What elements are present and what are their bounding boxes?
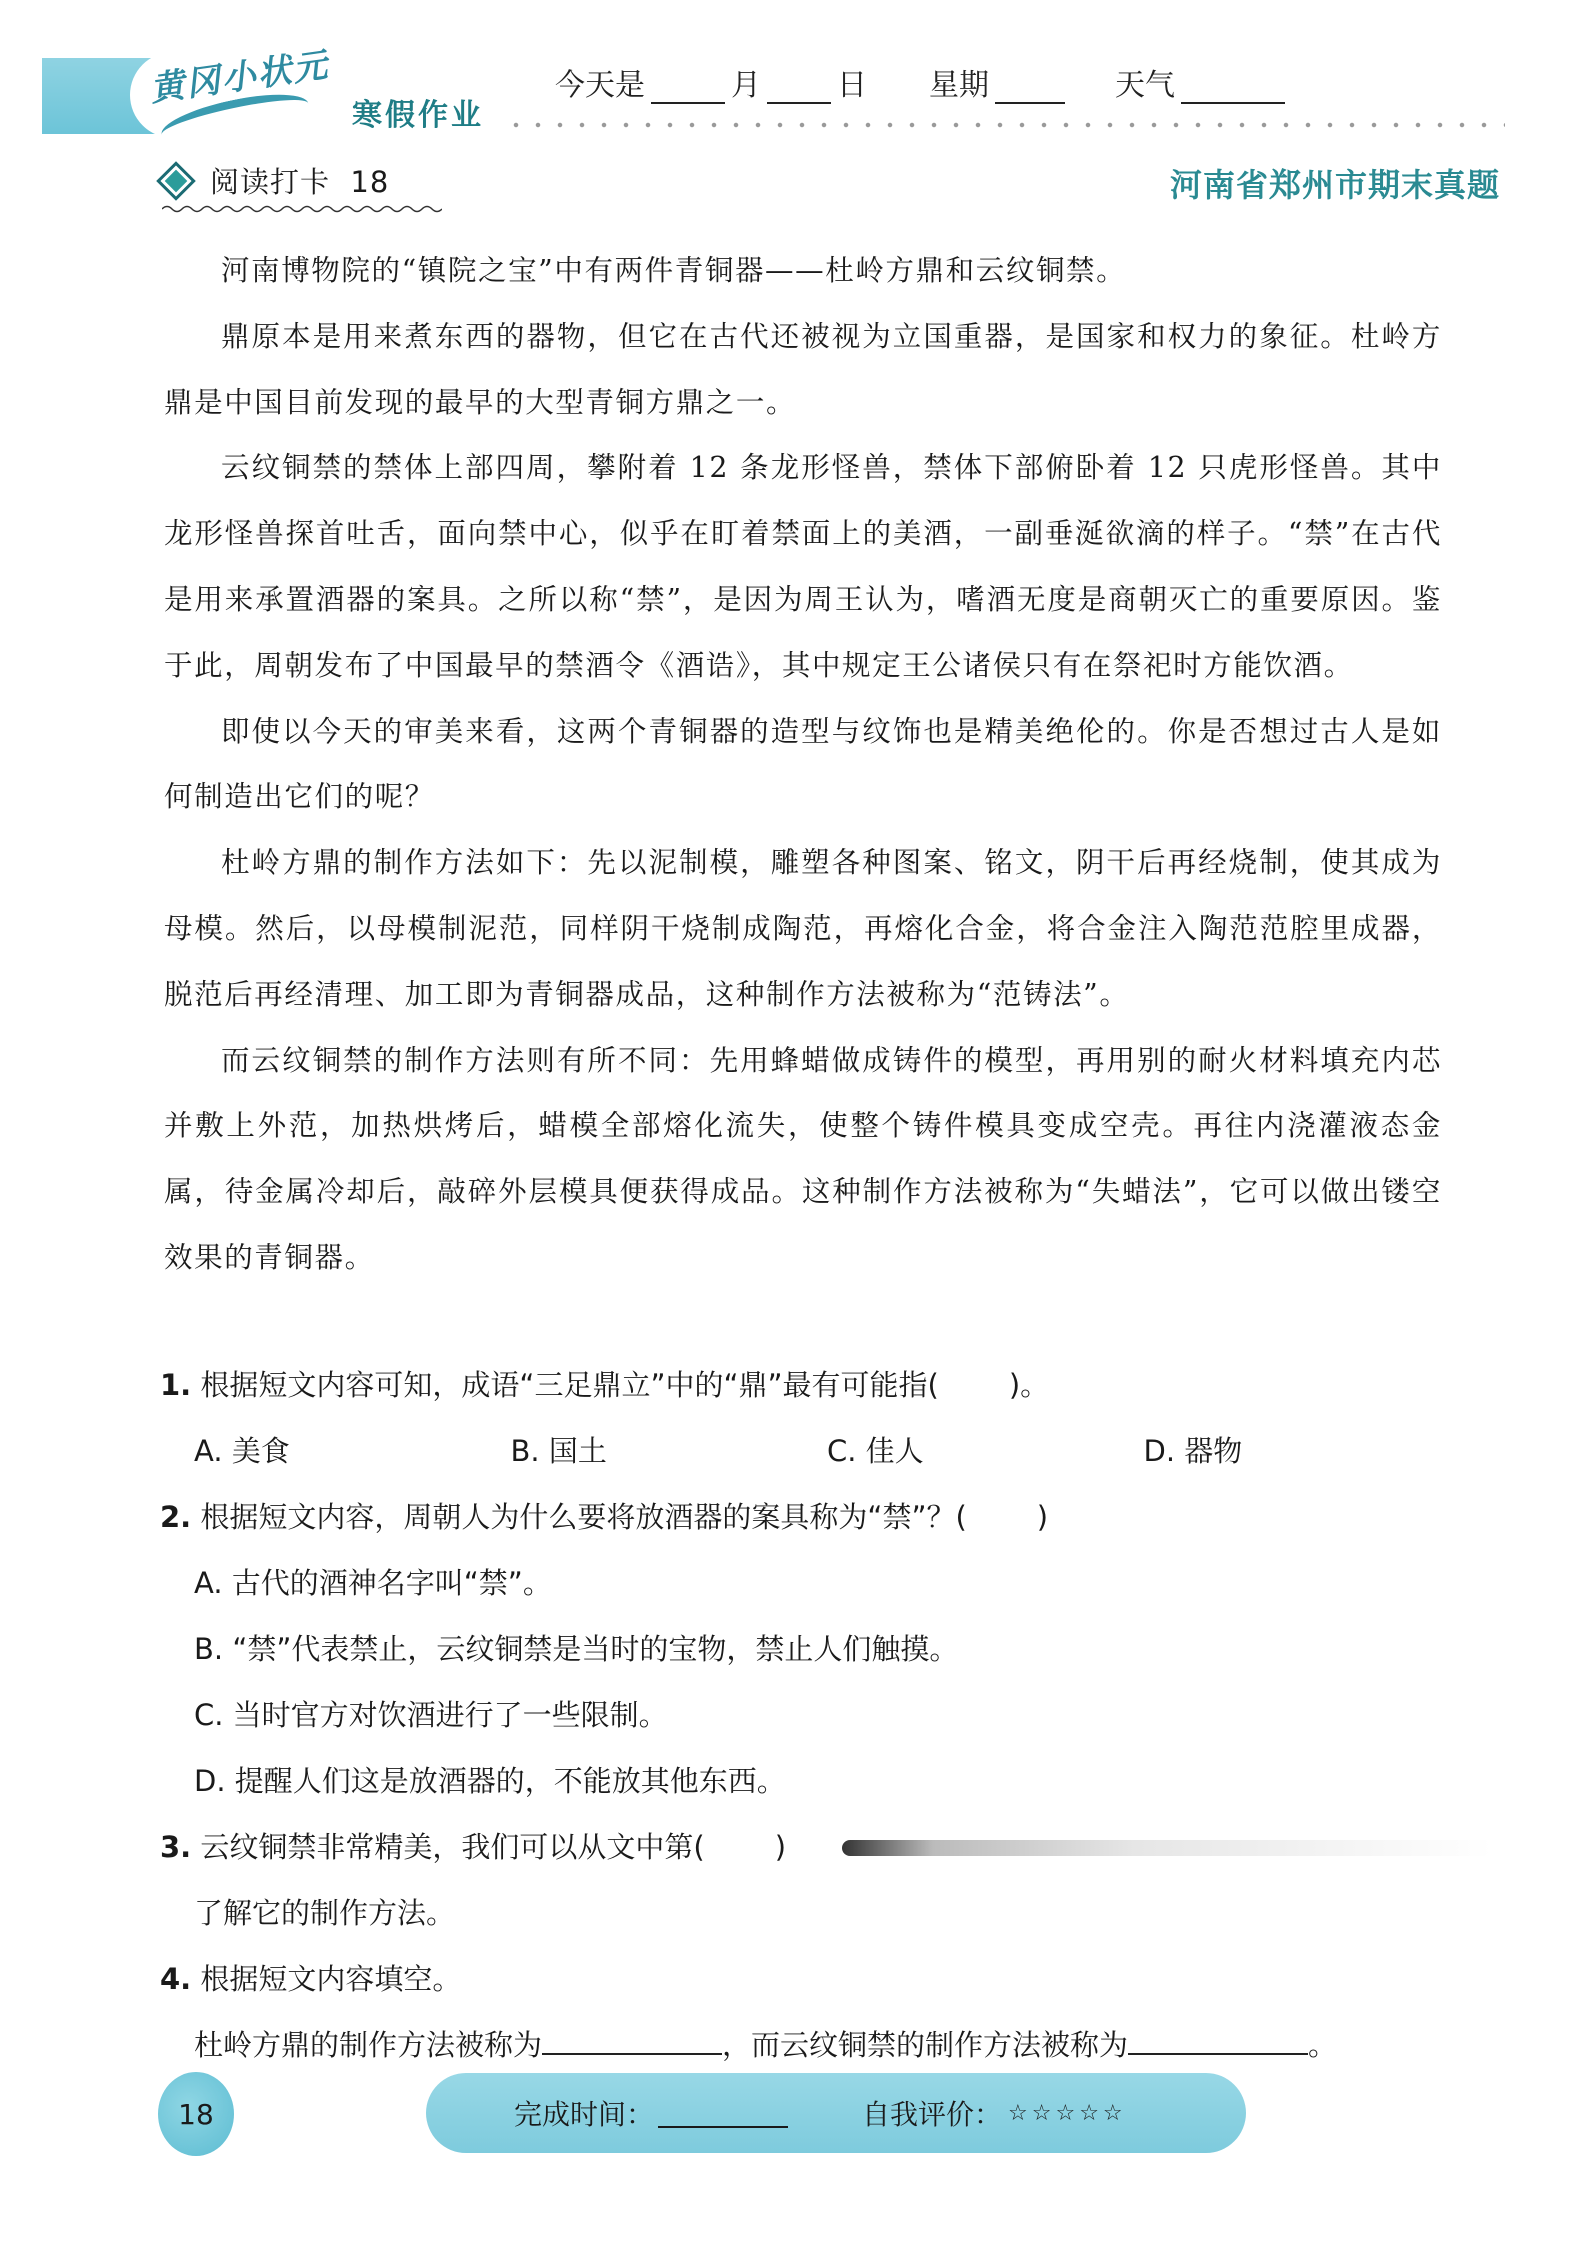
fill-text-1: 杜岭方鼎的制作方法被称为 — [194, 2028, 542, 2062]
question-number: 1. — [160, 1368, 191, 1402]
passage-paragraph: 而云纹铜禁的制作方法则有所不同：先用蜂蜡做成铸件的模型，再用别的耐火材料填充内芯… — [164, 1028, 1442, 1291]
diamond-bullet-icon — [156, 161, 196, 201]
paren-close: )。 — [1009, 1368, 1049, 1402]
weather-blank[interactable] — [1181, 70, 1285, 104]
section-title: 阅读打卡 18 — [210, 160, 389, 201]
option-b[interactable]: B. 国土 — [511, 1418, 828, 1484]
question-2: 2. 根据短文内容，周朝人为什么要将放酒器的案具称为“禁”？() — [160, 1484, 1460, 1550]
day-blank[interactable] — [767, 70, 831, 104]
question-3: 3. 云纹铜禁非常精美，我们可以从文中第() — [160, 1814, 1460, 1880]
fill-text-2: ，而云纹铜禁的制作方法被称为 — [722, 2028, 1128, 2062]
question-4: 4. 根据短文内容填空。 — [160, 1946, 1460, 2012]
fill-blank-1[interactable] — [542, 2025, 722, 2055]
weather-label: 天气 — [1115, 60, 1175, 104]
question-number: 3. — [160, 1830, 191, 1864]
completion-time-blank[interactable] — [658, 2098, 788, 2128]
source-label: 河南省郑州市期末真题 — [1170, 160, 1500, 206]
book-subtitle: 寒假作业 — [352, 90, 484, 134]
question-4-fill: 杜岭方鼎的制作方法被称为，而云纹铜禁的制作方法被称为。 — [160, 2012, 1460, 2078]
option-a[interactable]: A. 美食 — [194, 1418, 511, 1484]
month-blank[interactable] — [651, 70, 725, 104]
date-line: 今天是 月 日 星期 天气 — [555, 60, 1291, 104]
passage-paragraph: 杜岭方鼎的制作方法如下：先以泥制模，雕塑各种图案、铭文，阴干后再经烧制，使其成为… — [164, 830, 1442, 1027]
option-b[interactable]: B. “禁”代表禁止，云纹铜禁是当时的宝物，禁止人们触摸。 — [160, 1616, 1460, 1682]
question-3-continuation: 了解它的制作方法。 — [160, 1880, 1460, 1946]
passage-paragraph: 河南博物院的“镇院之宝”中有两件青铜器——杜岭方鼎和云纹铜禁。 — [164, 238, 1442, 304]
fill-end: 。 — [1308, 2028, 1337, 2062]
passage-paragraph: 鼎原本是用来煮东西的器物，但它在古代还被视为立国重器，是国家和权力的象征。杜岭方… — [164, 304, 1442, 436]
footer-bar: 完成时间： 自我评价： ☆☆☆☆☆ — [426, 2073, 1246, 2153]
option-d[interactable]: D. 提醒人们这是放酒器的，不能放其他东西。 — [160, 1748, 1460, 1814]
paren-close: ) — [775, 1830, 786, 1864]
section-header: 阅读打卡 18 — [162, 160, 389, 201]
fill-blank-2[interactable] — [1128, 2025, 1308, 2055]
question-list: 1. 根据短文内容可知，成语“三足鼎立”中的“鼎”最有可能指()。 A. 美食 … — [160, 1352, 1460, 2078]
question-text: 根据短文内容可知，成语“三足鼎立”中的“鼎”最有可能指( — [200, 1368, 938, 1402]
question-1: 1. 根据短文内容可知，成语“三足鼎立”中的“鼎”最有可能指()。 — [160, 1352, 1460, 1418]
weekday-label: 星期 — [929, 60, 989, 104]
paren-close: ) — [1037, 1500, 1048, 1534]
option-d[interactable]: D. 器物 — [1144, 1418, 1461, 1484]
reading-passage: 河南博物院的“镇院之宝”中有两件青铜器——杜岭方鼎和云纹铜禁。 鼎原本是用来煮东… — [164, 238, 1442, 1291]
scan-smudge — [842, 1840, 1492, 1856]
option-c[interactable]: C. 佳人 — [827, 1418, 1144, 1484]
day-label: 日 — [837, 60, 867, 104]
question-text: 云纹铜禁非常精美，我们可以从文中第( — [200, 1830, 704, 1864]
header-dotted-rule — [505, 122, 1505, 128]
self-eval-label: 自我评价： — [862, 2093, 1002, 2133]
wavy-underline — [162, 204, 442, 214]
star-rating-icon[interactable]: ☆☆☆☆☆ — [1008, 2101, 1127, 2126]
question-text: 根据短文内容，周朝人为什么要将放酒器的案具称为“禁”？( — [200, 1500, 966, 1534]
weekday-blank[interactable] — [995, 70, 1065, 104]
question-text: 根据短文内容填空。 — [200, 1962, 461, 1996]
option-c[interactable]: C. 当时官方对饮酒进行了一些限制。 — [160, 1682, 1460, 1748]
question-number: 2. — [160, 1500, 191, 1534]
option-a[interactable]: A. 古代的酒神名字叫“禁”。 — [160, 1550, 1460, 1616]
month-label: 月 — [731, 60, 761, 104]
passage-paragraph: 云纹铜禁的禁体上部四周，攀附着 12 条龙形怪兽，禁体下部俯卧着 12 只虎形怪… — [164, 435, 1442, 698]
page-number-badge: 18 — [158, 2072, 234, 2156]
passage-paragraph: 即使以今天的审美来看，这两个青铜器的造型与纹饰也是精美绝伦的。你是否想过古人是如… — [164, 699, 1442, 831]
question-1-options: A. 美食 B. 国土 C. 佳人 D. 器物 — [160, 1418, 1460, 1484]
completion-time-label: 完成时间： — [514, 2093, 654, 2133]
question-number: 4. — [160, 1962, 191, 1996]
today-label: 今天是 — [555, 60, 645, 104]
